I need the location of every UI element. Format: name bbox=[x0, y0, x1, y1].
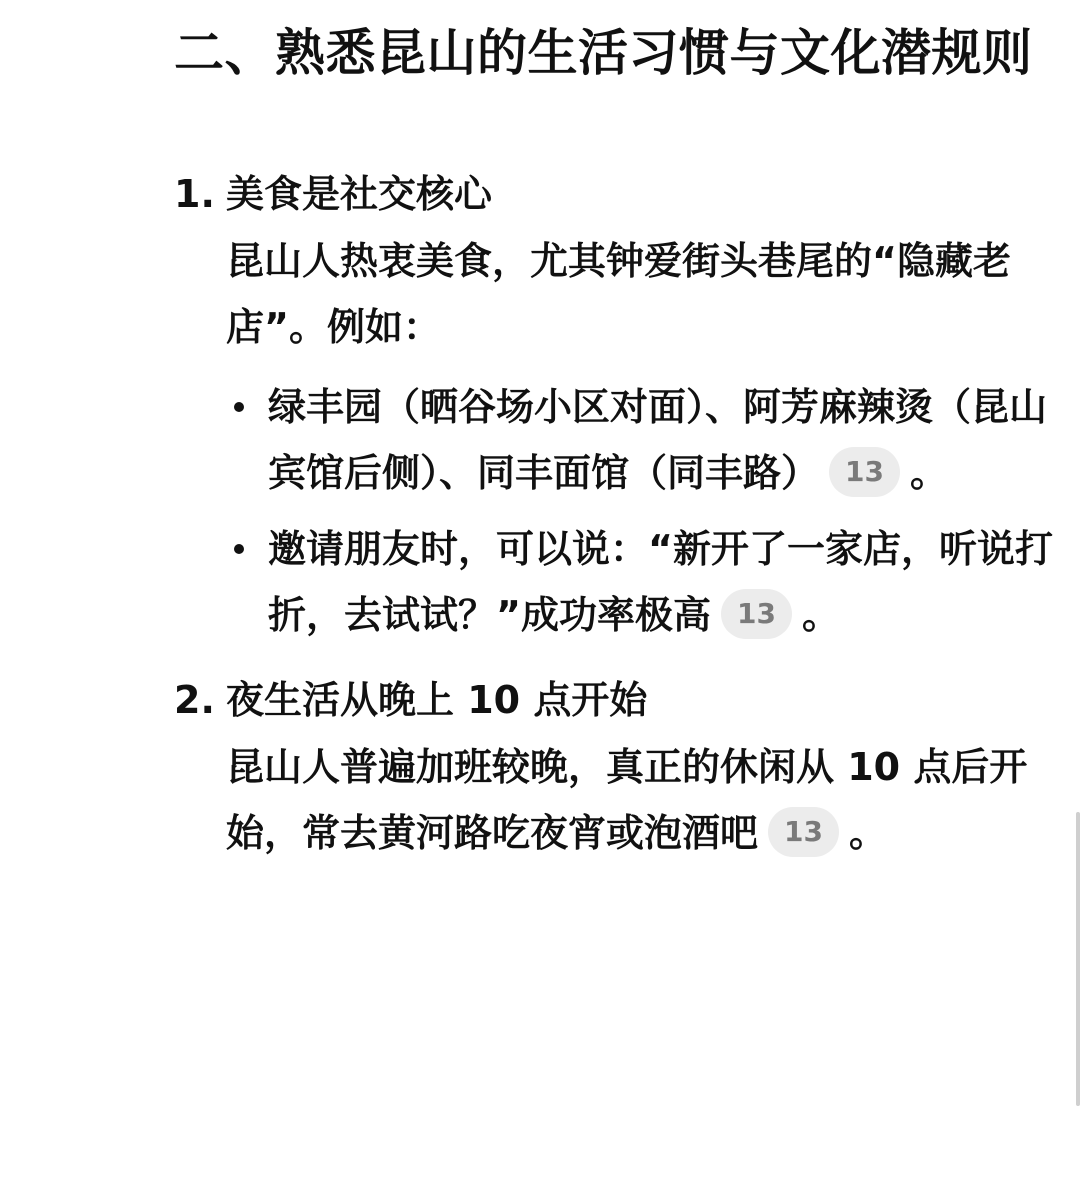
heading-text: 夜生活从晚上 10 点开始 bbox=[226, 666, 647, 734]
list-number: 2. bbox=[174, 666, 226, 734]
section-title: 二、熟悉昆山的生活习惯与文化潜规则 bbox=[174, 16, 1054, 90]
ordered-list: 1. 美食是社交核心 昆山人热衷美食，尤其钟爱街头巷尾的“隐藏老店”。例如： 绿… bbox=[174, 160, 1054, 866]
bullet-dot-icon bbox=[234, 544, 244, 554]
list-item-heading: 2. 夜生活从晚上 10 点开始 bbox=[174, 666, 1054, 734]
intro-paragraph: 昆山人普遍加班较晚，真正的休闲从 10 点后开始，常去黄河路吃夜宵或泡酒吧13。 bbox=[226, 734, 1054, 866]
list-item-nightlife: 2. 夜生活从晚上 10 点开始 昆山人普遍加班较晚，真正的休闲从 10 点后开… bbox=[174, 666, 1054, 866]
citation-badge[interactable]: 13 bbox=[768, 807, 839, 857]
list-item-body: 昆山人热衷美食，尤其钟爱街头巷尾的“隐藏老店”。例如： 绿丰园（晒谷场小区对面）… bbox=[174, 228, 1054, 648]
bullet-tail: 。 bbox=[802, 593, 840, 637]
bullet-item: 绿丰园（晒谷场小区对面）、阿芳麻辣烫（昆山宾馆后侧）、同丰面馆（同丰路）13。 bbox=[226, 374, 1054, 506]
bullet-tail: 。 bbox=[910, 451, 948, 495]
list-number: 1. bbox=[174, 160, 226, 228]
citation-badge[interactable]: 13 bbox=[829, 447, 900, 497]
article-content: 二、熟悉昆山的生活习惯与文化潜规则 1. 美食是社交核心 昆山人热衷美食，尤其钟… bbox=[174, 0, 1054, 866]
paragraph-text: 昆山人普遍加班较晚，真正的休闲从 10 点后开始，常去黄河路吃夜宵或泡酒吧 bbox=[226, 745, 1027, 855]
bullet-text: 邀请朋友时，可以说：“新开了一家店，听说打折，去试试？”成功率极高 bbox=[268, 527, 1053, 637]
heading-text: 美食是社交核心 bbox=[226, 160, 492, 228]
intro-paragraph: 昆山人热衷美食，尤其钟爱街头巷尾的“隐藏老店”。例如： bbox=[226, 228, 1054, 360]
scrollbar[interactable] bbox=[1076, 812, 1080, 1106]
paragraph-tail: 。 bbox=[849, 811, 887, 855]
bullet-list: 绿丰园（晒谷场小区对面）、阿芳麻辣烫（昆山宾馆后侧）、同丰面馆（同丰路）13。 … bbox=[226, 374, 1054, 648]
citation-badge[interactable]: 13 bbox=[721, 589, 792, 639]
list-item-heading: 1. 美食是社交核心 bbox=[174, 160, 1054, 228]
bullet-item: 邀请朋友时，可以说：“新开了一家店，听说打折，去试试？”成功率极高13。 bbox=[226, 516, 1054, 648]
bullet-dot-icon bbox=[234, 402, 244, 412]
list-item-body: 昆山人普遍加班较晚，真正的休闲从 10 点后开始，常去黄河路吃夜宵或泡酒吧13。 bbox=[174, 734, 1054, 866]
list-item-food: 1. 美食是社交核心 昆山人热衷美食，尤其钟爱街头巷尾的“隐藏老店”。例如： 绿… bbox=[174, 160, 1054, 648]
